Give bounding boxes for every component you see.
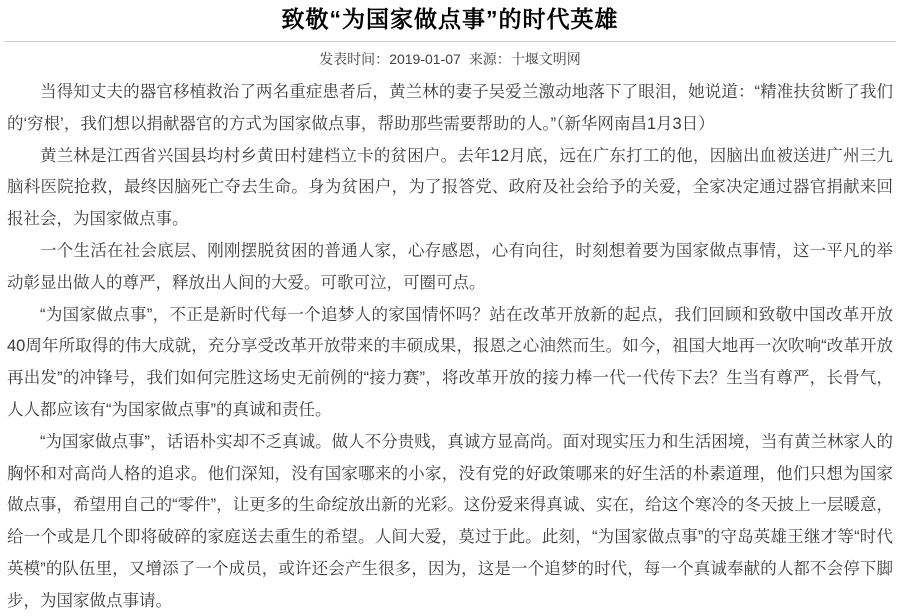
paragraph-1: 当得知丈夫的器官移植救治了两名重症患者后，黄兰林的妻子吴爱兰激动地落下了眼泪，她… xyxy=(7,77,893,141)
article-body: 当得知丈夫的器官移植救治了两名重症患者后，黄兰林的妻子吴爱兰激动地落下了眼泪，她… xyxy=(0,77,900,616)
page-title: 致敬“为国家做点事”的时代英雄 xyxy=(0,6,900,32)
publish-date: 2019-01-07 xyxy=(389,51,461,67)
publish-meta: 发表时间：2019-01-07来源：十堰文明网 xyxy=(0,51,900,68)
article-page: 致敬“为国家做点事”的时代英雄 发表时间：2019-01-07来源：十堰文明网 … xyxy=(0,6,900,616)
source-label: 来源： xyxy=(469,51,511,67)
source-name: 十堰文明网 xyxy=(511,51,581,67)
paragraph-4: “为国家做点事”，不正是新时代每一个追梦人的家国情怀吗？站在改革开放新的起点，我… xyxy=(7,300,893,427)
paragraph-3: 一个生活在社会底层、刚刚摆脱贫困的普通人家，心存感恩，心有向往，时刻想着要为国家… xyxy=(7,236,893,300)
paragraph-5: “为国家做点事”，话语朴实却不乏真诚。做人不分贵贱，真诚方显高尚。面对现实压力和… xyxy=(7,427,893,616)
paragraph-2: 黄兰林是江西省兴国县均村乡黄田村建档立卡的贫困户。去年12月底，远在广东打工的他… xyxy=(7,141,893,236)
title-divider xyxy=(4,41,896,42)
publish-time-label: 发表时间： xyxy=(319,51,389,67)
